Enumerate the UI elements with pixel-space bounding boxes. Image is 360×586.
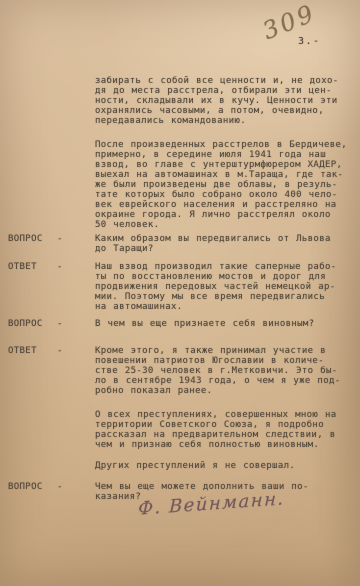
question-label: ВОПРОС — [8, 482, 57, 492]
question-label: ВОПРОС — [8, 319, 57, 329]
label-dash: - — [57, 319, 95, 329]
answer-label: ОТВЕТ — [8, 262, 57, 272]
opening-paragraph-1: забирать с собой все ценности и, не дохо… — [95, 76, 357, 126]
scanned-interrogation-protocol-page: 309 3.- забирать с собой все ценности и,… — [0, 0, 360, 586]
answer-continuation-statement: Других преступлений я не совершал. — [95, 461, 357, 471]
label-dash: - — [57, 346, 95, 356]
answer-continuation-paragraph: О всех преступлениях, совершенных мною н… — [95, 410, 357, 450]
page-number: 3.- — [298, 37, 321, 47]
question-label: ВОПРОС — [8, 234, 57, 244]
question-text: Каким образом вы передвигались от Львова… — [95, 234, 357, 254]
answer-text: Кроме этого, я также принимал участие в … — [95, 346, 357, 396]
label-dash: - — [57, 262, 95, 272]
qa-block-question-2: ВОПРОС - В чем вы еще признаете себя вин… — [0, 319, 360, 329]
answer-text: Наш взвод производил такие саперные рабо… — [95, 262, 357, 312]
opening-paragraph-2: После произведенных расстрелов в Бердиче… — [95, 140, 357, 230]
qa-block-question-1: ВОПРОС - Каким образом вы передвигались … — [0, 234, 360, 254]
qa-block-answer-2: ОТВЕТ - Кроме этого, я также принимал уч… — [0, 346, 360, 396]
answer-label: ОТВЕТ — [8, 346, 57, 356]
label-dash: - — [57, 234, 95, 244]
document-body: забирать с собой все ценности и, не дохо… — [0, 76, 360, 502]
label-dash: - — [57, 482, 95, 492]
question-text: В чем вы еще признаете себя виновным? — [95, 319, 357, 329]
qa-block-answer-1: ОТВЕТ - Наш взвод производил такие сапер… — [0, 262, 360, 312]
